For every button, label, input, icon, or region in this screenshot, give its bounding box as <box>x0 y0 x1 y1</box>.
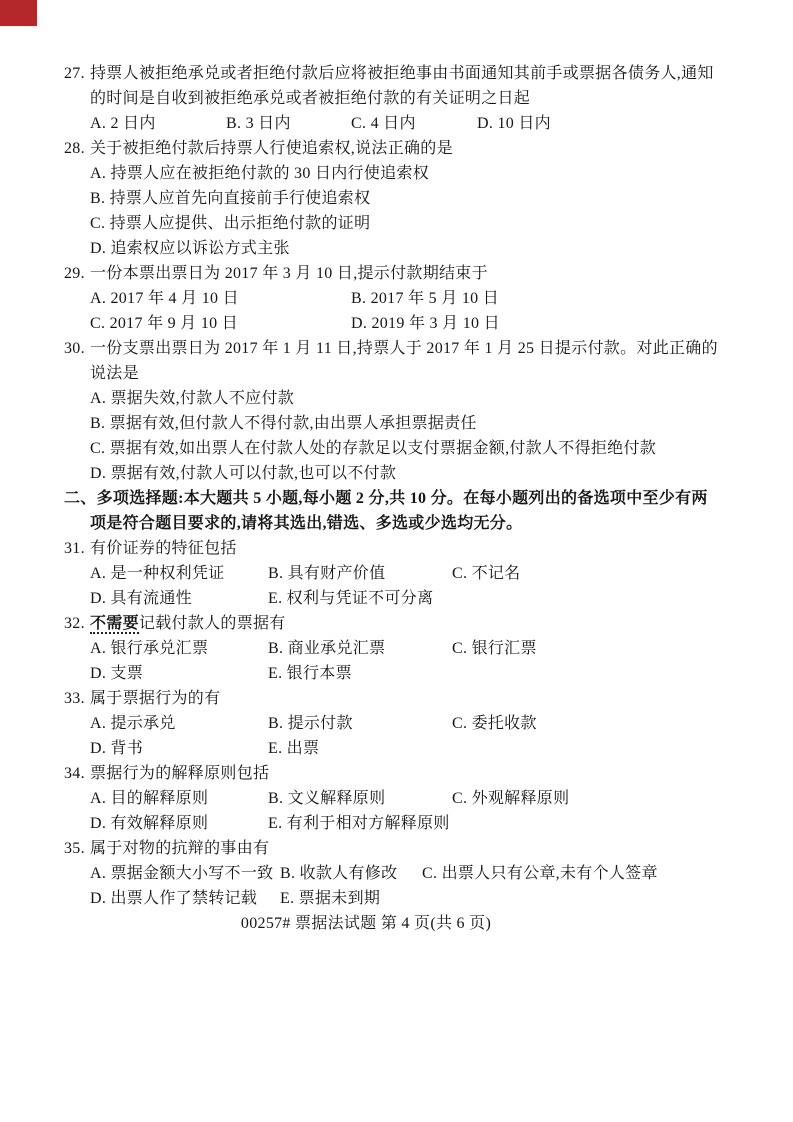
q30-option-d: D. 票据有效,付款人可以付款,也可以不付款 <box>64 461 740 486</box>
q27-option-d: D. 10 日内 <box>477 111 551 136</box>
q27-option-a: A. 2 日内 <box>90 111 226 136</box>
question-33-text: 属于票据行为的有 <box>90 686 220 711</box>
q32-option-b: B. 商业承兑汇票 <box>268 636 452 661</box>
question-27-options: A. 2 日内 B. 3 日内 C. 4 日内 D. 10 日内 <box>64 111 740 136</box>
question-34-options-row-2: D. 有效解释原则 E. 有利于相对方解释原则 <box>64 811 740 836</box>
q32-option-a: A. 银行承兑汇票 <box>90 636 268 661</box>
question-30-number: 30. <box>64 336 90 361</box>
question-29-options-row-1: A. 2017 年 4 月 10 日 B. 2017 年 5 月 10 日 <box>64 286 740 311</box>
question-32-number: 32. <box>64 611 90 636</box>
q29-option-b: B. 2017 年 5 月 10 日 <box>351 286 499 311</box>
exam-page: 27. 持票人被拒绝承兑或者拒绝付款后应将被拒绝事由书面通知其前手或票据各债务人… <box>64 61 740 936</box>
question-27-stem-line-2: 的时间是自收到被拒绝承兑或者被拒绝付款的有关证明之日起 <box>64 86 740 111</box>
question-34-text: 票据行为的解释原则包括 <box>90 761 269 786</box>
q32-option-e: E. 银行本票 <box>268 661 352 686</box>
q27-option-b: B. 3 日内 <box>226 111 351 136</box>
q29-option-c: C. 2017 年 9 月 10 日 <box>90 311 351 336</box>
question-32-stem: 32. 不需要记载付款人的票据有 <box>64 611 740 636</box>
question-32-options-row-2: D. 支票 E. 银行本票 <box>64 661 740 686</box>
question-35-text: 属于对物的抗辩的事由有 <box>90 836 269 861</box>
q35-option-c: C. 出票人只有公章,未有个人签章 <box>422 861 658 886</box>
section-2-instructions-line-1: 二、多项选择题:本大题共 5 小题,每小题 2 分,共 10 分。在每小题列出的… <box>64 486 740 511</box>
question-32-options-row-1: A. 银行承兑汇票 B. 商业承兑汇票 C. 银行汇票 <box>64 636 740 661</box>
q28-option-c: C. 持票人应提供、出示拒绝付款的证明 <box>64 211 740 236</box>
question-31-stem: 31. 有价证券的特征包括 <box>64 536 740 561</box>
q32-emphasized-text: 不需要 <box>90 615 139 634</box>
question-35-stem: 35. 属于对物的抗辩的事由有 <box>64 836 740 861</box>
q30-option-c: C. 票据有效,如出票人在付款人处的存款足以支付票据金额,付款人不得拒绝付款 <box>64 436 740 461</box>
question-31-options-row-1: A. 是一种权利凭证 B. 具有财产价值 C. 不记名 <box>64 561 740 586</box>
q33-option-b: B. 提示付款 <box>268 711 452 736</box>
page-footer: 00257# 票据法试题 第 4 页(共 6 页) <box>64 911 668 936</box>
question-29-text: 一份本票出票日为 2017 年 3 月 10 日,提示付款期结束于 <box>90 261 488 286</box>
q35-option-b: B. 收款人有修改 <box>280 861 422 886</box>
question-28-number: 28. <box>64 136 90 161</box>
q34-option-d: D. 有效解释原则 <box>90 811 268 836</box>
question-33-options-row-2: D. 背书 E. 出票 <box>64 736 740 761</box>
question-35-number: 35. <box>64 836 90 861</box>
q31-option-b: B. 具有财产价值 <box>268 561 452 586</box>
q35-option-d: D. 出票人作了禁转记载 <box>90 886 280 911</box>
question-30-text: 一份支票出票日为 2017 年 1 月 11 日,持票人于 2017 年 1 月… <box>90 336 718 361</box>
q34-option-a: A. 目的解释原则 <box>90 786 268 811</box>
question-27-text: 持票人被拒绝承兑或者拒绝付款后应将被拒绝事由书面通知其前手或票据各债务人,通知 <box>90 61 714 86</box>
question-29-options-row-2: C. 2017 年 9 月 10 日 D. 2019 年 3 月 10 日 <box>64 311 740 336</box>
question-28-stem: 28. 关于被拒绝付款后持票人行使追索权,说法正确的是 <box>64 136 740 161</box>
question-31-options-row-2: D. 具有流通性 E. 权利与凭证不可分离 <box>64 586 740 611</box>
q31-option-d: D. 具有流通性 <box>90 586 268 611</box>
question-33-number: 33. <box>64 686 90 711</box>
section-2-instructions-line-2: 项是符合题目要求的,请将其选出,错选、多选或少选均无分。 <box>64 511 740 536</box>
question-35-options-row-2: D. 出票人作了禁转记载 E. 票据未到期 <box>64 886 740 911</box>
q34-option-e: E. 有利于相对方解释原则 <box>268 811 450 836</box>
red-corner-stamp <box>0 0 37 26</box>
q33-option-a: A. 提示承兑 <box>90 711 268 736</box>
question-29-stem: 29. 一份本票出票日为 2017 年 3 月 10 日,提示付款期结束于 <box>64 261 740 286</box>
question-34-options-row-1: A. 目的解释原则 B. 文义解释原则 C. 外观解释原则 <box>64 786 740 811</box>
question-30-stem-line-2: 说法是 <box>64 361 740 386</box>
question-29-number: 29. <box>64 261 90 286</box>
question-28-text: 关于被拒绝付款后持票人行使追索权,说法正确的是 <box>90 136 453 161</box>
q30-option-a: A. 票据失效,付款人不应付款 <box>64 386 740 411</box>
q35-option-a: A. 票据金额大小写不一致 <box>90 861 280 886</box>
q32-stem-rest: 记载付款人的票据有 <box>139 615 286 632</box>
q34-option-b: B. 文义解释原则 <box>268 786 452 811</box>
question-27-number: 27. <box>64 61 90 86</box>
q28-option-d: D. 追索权应以诉讼方式主张 <box>64 236 740 261</box>
q28-option-b: B. 持票人应首先向直接前手行使追索权 <box>64 186 740 211</box>
q29-option-a: A. 2017 年 4 月 10 日 <box>90 286 351 311</box>
q35-option-e: E. 票据未到期 <box>280 886 380 911</box>
q30-option-b: B. 票据有效,但付款人不得付款,由出票人承担票据责任 <box>64 411 740 436</box>
q29-option-d: D. 2019 年 3 月 10 日 <box>351 311 500 336</box>
q27-option-c: C. 4 日内 <box>351 111 477 136</box>
question-31-number: 31. <box>64 536 90 561</box>
question-30-stem-line-1: 30. 一份支票出票日为 2017 年 1 月 11 日,持票人于 2017 年… <box>64 336 740 361</box>
question-32-text: 不需要记载付款人的票据有 <box>90 611 286 636</box>
question-34-stem: 34. 票据行为的解释原则包括 <box>64 761 740 786</box>
question-27-stem-line-1: 27. 持票人被拒绝承兑或者拒绝付款后应将被拒绝事由书面通知其前手或票据各债务人… <box>64 61 740 86</box>
question-34-number: 34. <box>64 761 90 786</box>
q32-option-c: C. 银行汇票 <box>452 636 537 661</box>
q33-option-d: D. 背书 <box>90 736 268 761</box>
q28-option-a: A. 持票人应在被拒绝付款的 30 日内行使追索权 <box>64 161 740 186</box>
q32-option-d: D. 支票 <box>90 661 268 686</box>
question-33-stem: 33. 属于票据行为的有 <box>64 686 740 711</box>
q33-option-c: C. 委托收款 <box>452 711 537 736</box>
question-35-options-row-1: A. 票据金额大小写不一致 B. 收款人有修改 C. 出票人只有公章,未有个人签… <box>64 861 740 886</box>
q33-option-e: E. 出票 <box>268 736 319 761</box>
q34-option-c: C. 外观解释原则 <box>452 786 569 811</box>
question-33-options-row-1: A. 提示承兑 B. 提示付款 C. 委托收款 <box>64 711 740 736</box>
question-31-text: 有价证券的特征包括 <box>90 536 237 561</box>
q31-option-e: E. 权利与凭证不可分离 <box>268 586 433 611</box>
q31-option-c: C. 不记名 <box>452 561 520 586</box>
q31-option-a: A. 是一种权利凭证 <box>90 561 268 586</box>
